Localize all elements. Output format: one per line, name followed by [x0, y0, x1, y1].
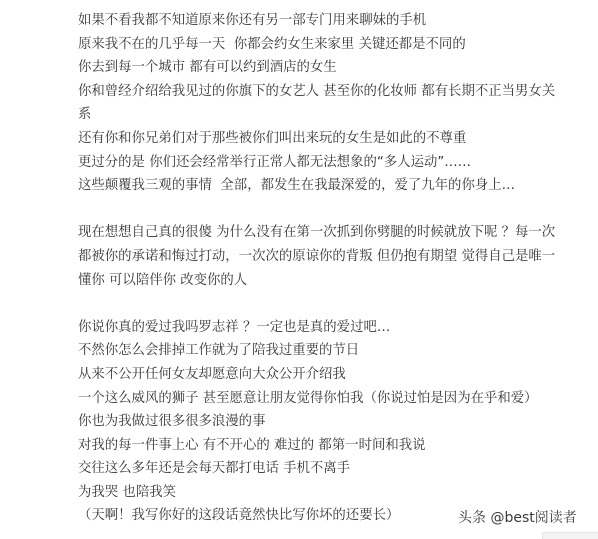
- watermark: 头条 @best阅读者: [458, 509, 577, 527]
- paragraph-1: 如果不看我都不知道原来你还有另一部专门用来聊妹的手机 原来我不在的几乎每一天 你…: [78, 9, 593, 198]
- text-line: 你说你真的爱过我吗罗志祥 ？一定也是真的爱过吧…: [78, 316, 593, 340]
- text-line: 你和曾经介绍给我见过的你旗下的女艺人 甚至你的化妆师 都有长期不正当男女关: [78, 80, 593, 104]
- text-line: 你去到每一个城市 都有可以约到酒店的女生: [78, 56, 593, 80]
- article-body: 如果不看我都不知道原来你还有另一部专门用来聊妹的手机 原来我不在的几乎每一天 你…: [78, 9, 593, 528]
- text-line: 你也为我做过很多很多浪漫的事: [78, 410, 593, 434]
- paragraph-2: 现在想想自己真的很傻 为什么没有在第一次抓到你劈腿的时候就放下呢 ？每一次 都被…: [78, 221, 593, 292]
- text-line: 为我哭 也陪我笑: [78, 481, 593, 505]
- text-line: 交往这么多年还是会每天都打电话 手机不离手: [78, 457, 593, 481]
- text-line: 如果不看我都不知道原来你还有另一部专门用来聊妹的手机: [78, 9, 593, 33]
- paragraph-gap: [78, 198, 593, 222]
- text-line: 懂你 可以陪伴你 改变你的人: [78, 269, 593, 293]
- text-line: 原来我不在的几乎每一天 你都会约女生来家里 关键还都是不同的: [78, 33, 593, 57]
- text-line: 现在想想自己真的很傻 为什么没有在第一次抓到你劈腿的时候就放下呢 ？每一次: [78, 221, 593, 245]
- corner-overlay: [542, 532, 598, 539]
- text-line: 对我的每一件事上心 有不开心的 难过的 都第一时间和我说: [78, 434, 593, 458]
- text-line: 系: [78, 103, 593, 127]
- text-line: 都被你的承诺和悔过打动，一次次的原谅你的背叛 但仍抱有期望 觉得自己是唯一: [78, 245, 593, 269]
- text-line: 不然你怎么会排掉工作就为了陪我过重要的节日: [78, 339, 593, 363]
- text-line: 从来不公开任何女友却愿意向大众公开介绍我: [78, 363, 593, 387]
- text-line: 更过分的是 你们还会经常举行正常人都无法想象的“多人运动”……: [78, 151, 593, 175]
- paragraph-3: 你说你真的爱过我吗罗志祥 ？一定也是真的爱过吧… 不然你怎么会排掉工作就为了陪我…: [78, 316, 593, 528]
- text-line: 一个这么威风的狮子 甚至愿意让朋友觉得你怕我（你说过怕是因为在乎和爱）: [78, 387, 593, 411]
- paragraph-gap: [78, 292, 593, 316]
- text-line: 还有你和你兄弟们对于那些被你们叫出来玩的女生是如此的不尊重: [78, 127, 593, 151]
- text-line: 这些颠覆我三观的事情 全部，都发生在我最深爱的，爱了九年的你身上…: [78, 174, 593, 198]
